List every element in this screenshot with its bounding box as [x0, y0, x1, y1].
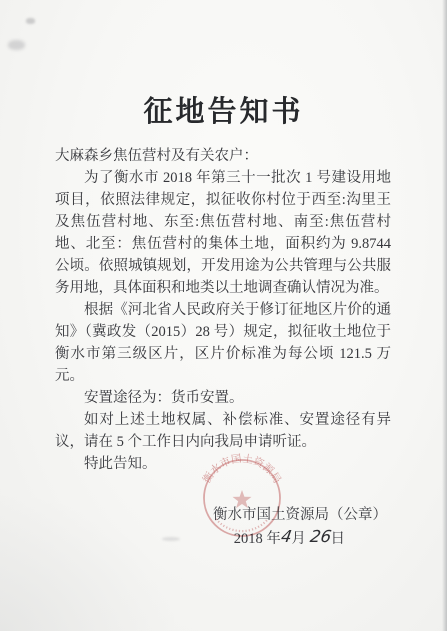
scanned-notice-page: 征地告知书 大麻森乡焦伍营村及有关农户： 为了衡水市 2018 年第三十一批次 … — [0, 0, 447, 631]
date-day-label: 日 — [331, 531, 346, 547]
date-month-label: 月 — [291, 531, 309, 547]
date-day-handwritten: 26 — [308, 526, 332, 548]
document-title: 征地告知书 — [0, 0, 447, 130]
scan-smudge — [26, 18, 35, 24]
date-line: 2018 年4月 26日 — [55, 527, 391, 550]
date-year: 2018 年 — [234, 531, 281, 547]
scan-smudge — [8, 40, 25, 50]
paragraph: 安置途径为：货币安置。 — [55, 387, 391, 409]
paragraph: 如对上述土地权属、补偿标准、安置途径有异议，请在 5 个工作日内向我局申请听证。 — [55, 409, 391, 453]
paragraph: 特此告知。 — [55, 453, 391, 475]
paragraph: 为了衡水市 2018 年第三十一批次 1 号建设用地项目，依照法律规定，拟征收你… — [55, 167, 391, 299]
signature-line: 衡水市国土资源局（公章） — [55, 504, 391, 526]
paragraph: 根据《河北省人民政府关于修订征地区片价的通知》（冀政发（2015）28 号）规定… — [55, 299, 391, 387]
page-edge-shadow — [442, 0, 447, 631]
salutation: 大麻森乡焦伍营村及有关农户： — [55, 145, 391, 167]
document-body: 大麻森乡焦伍营村及有关农户： 为了衡水市 2018 年第三十一批次 1 号建设用… — [55, 145, 391, 475]
